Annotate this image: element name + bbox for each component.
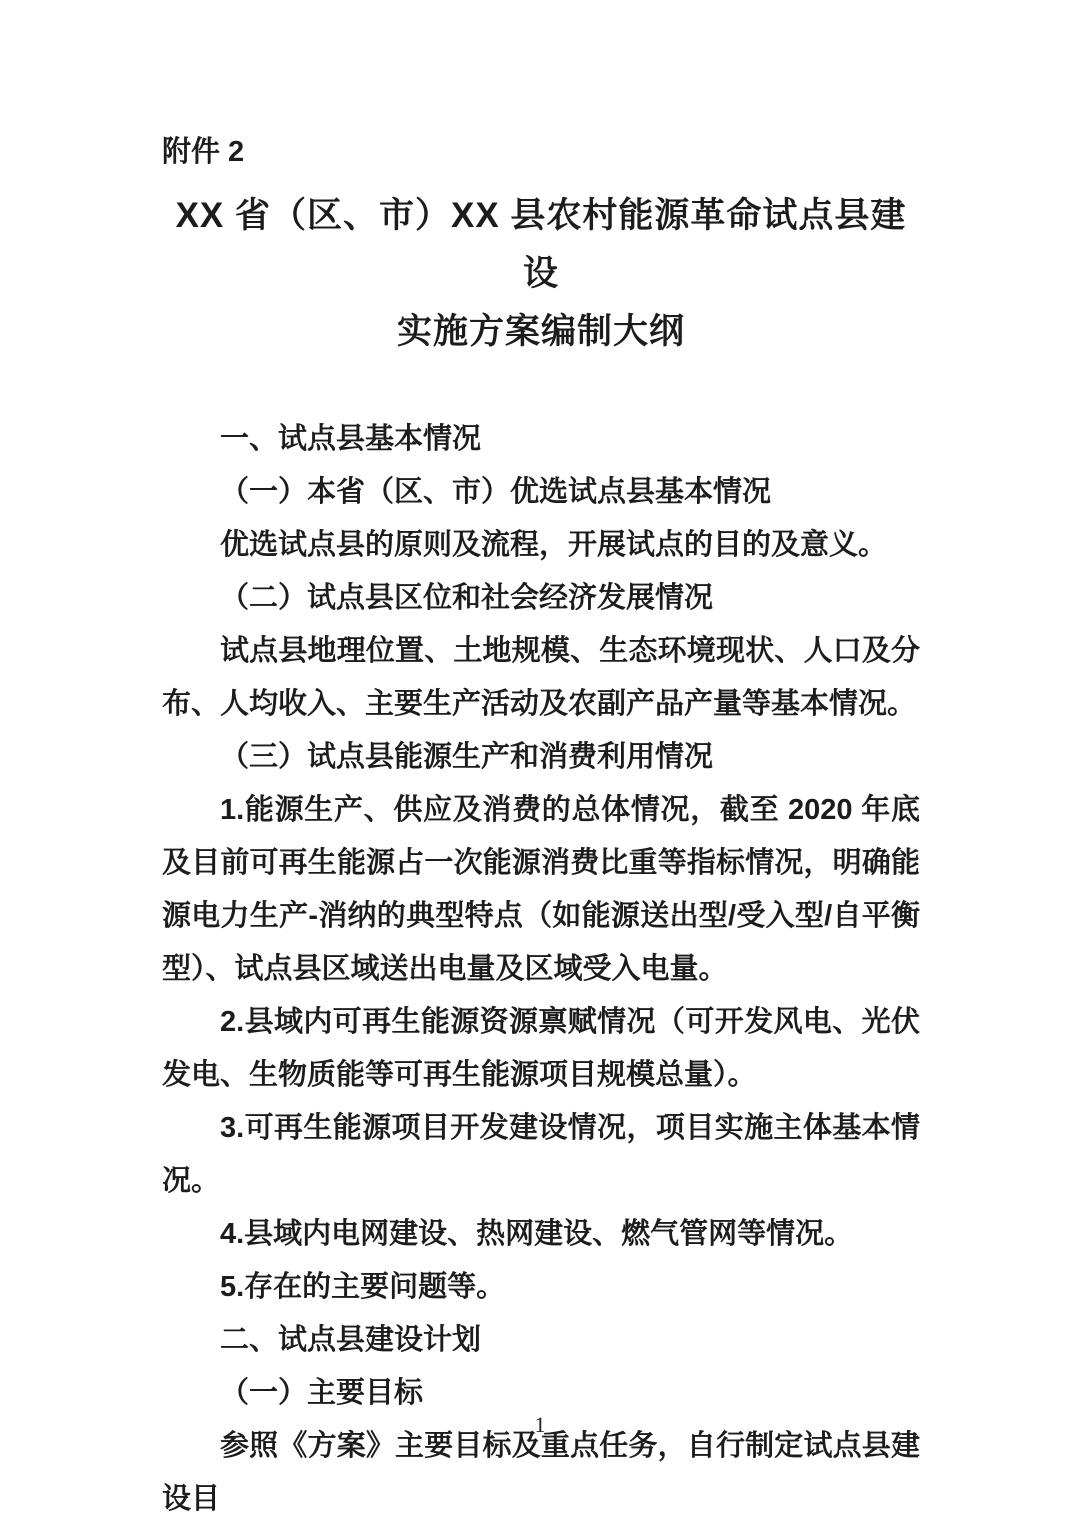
page-number: 1	[0, 1412, 1080, 1438]
section-heading: 二、试点县建设计划	[162, 1314, 920, 1367]
subsection-heading: （二）试点县区位和社会经济发展情况	[162, 572, 920, 625]
attachment-label: 附件 2	[162, 126, 920, 179]
document-body: 一、试点县基本情况 （一）本省（区、市）优选试点县基本情况 优选试点县的原则及流…	[162, 413, 920, 1526]
paragraph: 1.能源生产、供应及消费的总体情况，截至 2020 年底及目前可再生能源占一次能…	[162, 784, 920, 996]
subsection-heading: （三）试点县能源生产和消费利用情况	[162, 731, 920, 784]
document-title: XX 省（区、市）XX 县农村能源革命试点县建设 实施方案编制大纲	[162, 187, 920, 361]
paragraph: 4.县域内电网建设、热网建设、燃气管网等情况。	[162, 1208, 920, 1261]
document-content: 附件 2 XX 省（区、市）XX 县农村能源革命试点县建设 实施方案编制大纲 一…	[0, 0, 1080, 1526]
document-page: 附件 2 XX 省（区、市）XX 县农村能源革命试点县建设 实施方案编制大纲 一…	[0, 0, 1080, 1527]
subsection-heading: （一）本省（区、市）优选试点县基本情况	[162, 466, 920, 519]
paragraph: 2.县域内可再生能源资源禀赋情况（可开发风电、光伏发电、生物质能等可再生能源项目…	[162, 996, 920, 1102]
section-heading: 一、试点县基本情况	[162, 413, 920, 466]
paragraph: 优选试点县的原则及流程，开展试点的目的及意义。	[162, 519, 920, 572]
document-title-line2: 实施方案编制大纲	[162, 303, 920, 361]
paragraph: 3.可再生能源项目开发建设情况，项目实施主体基本情况。	[162, 1102, 920, 1208]
paragraph: 试点县地理位置、土地规模、生态环境现状、人口及分布、人均收入、主要生产活动及农副…	[162, 625, 920, 731]
paragraph: 5.存在的主要问题等。	[162, 1261, 920, 1314]
document-title-line1: XX 省（区、市）XX 县农村能源革命试点县建设	[162, 187, 920, 303]
